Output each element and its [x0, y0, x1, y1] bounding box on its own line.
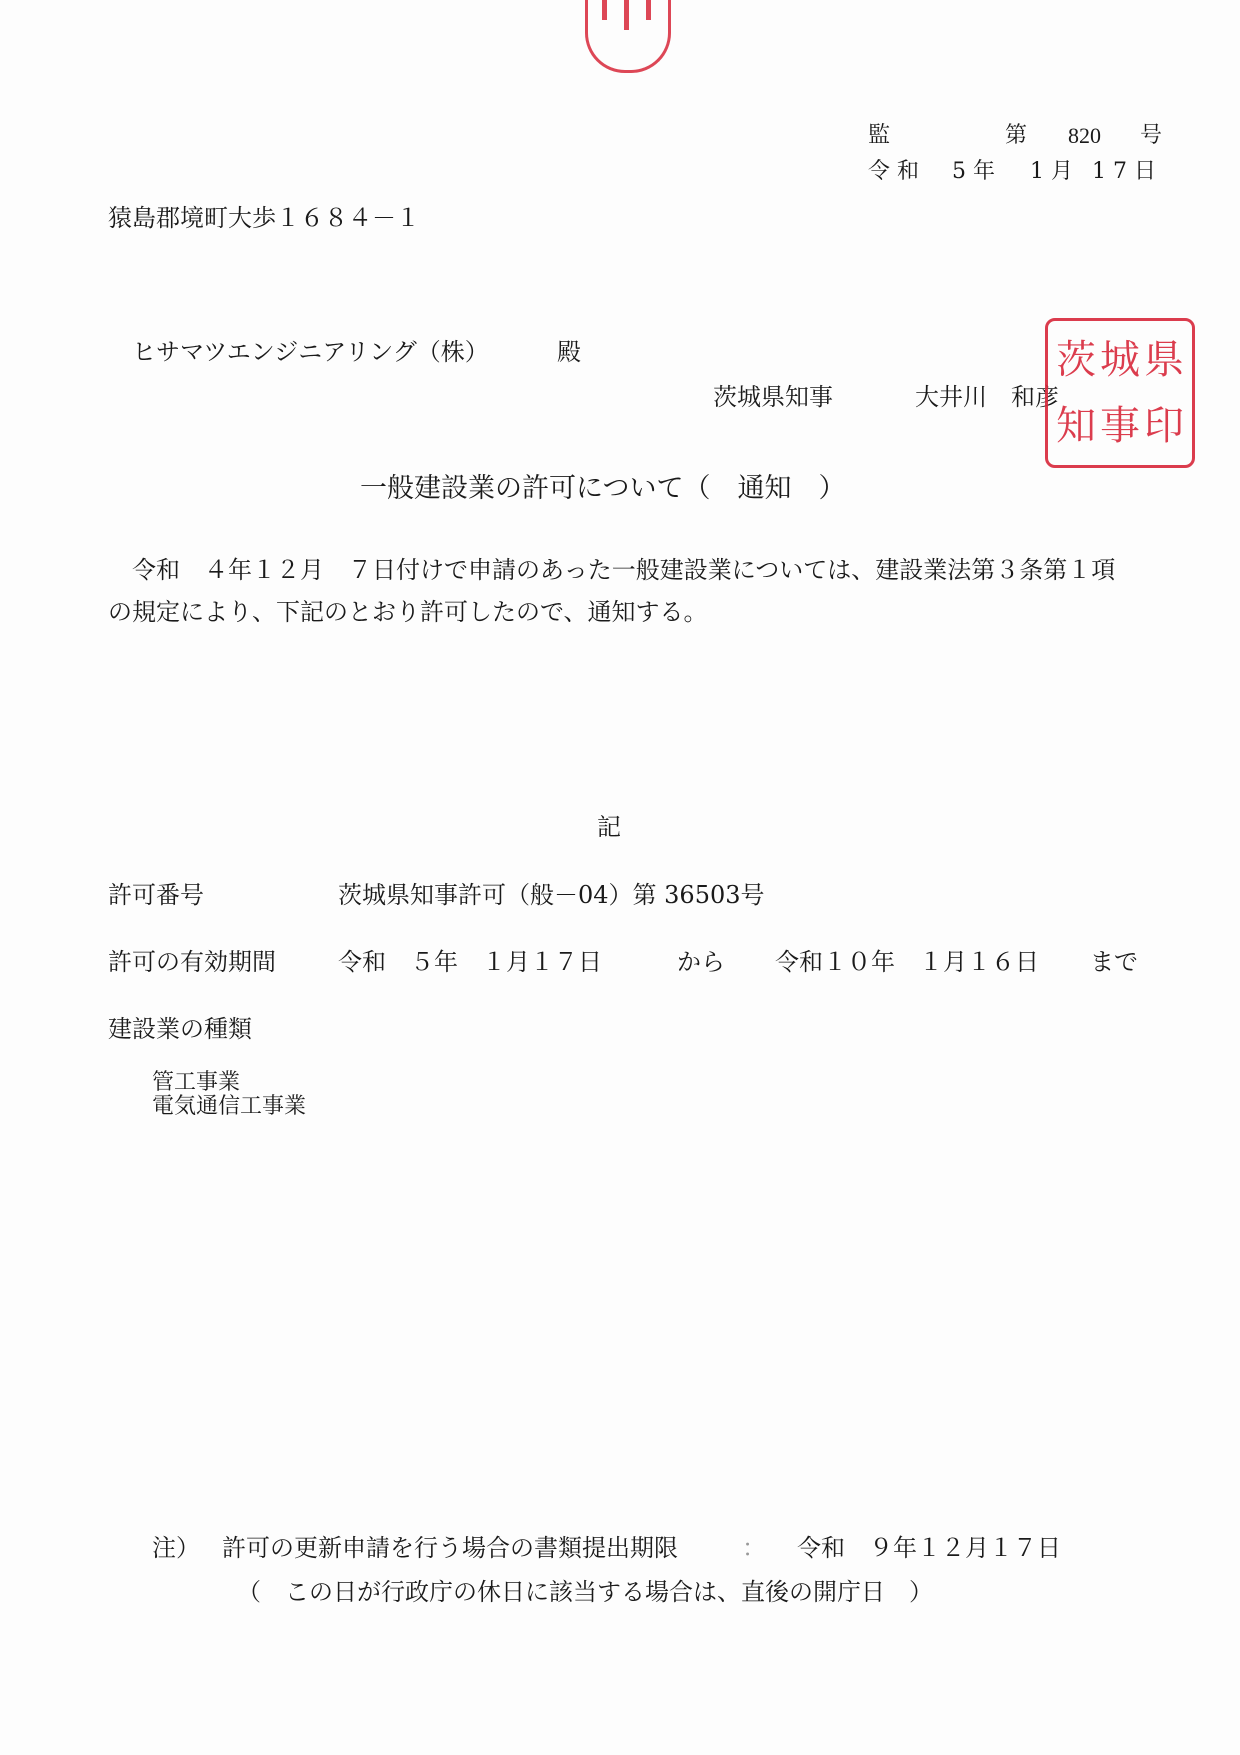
doc-number: 820 — [1068, 122, 1101, 150]
note-sub: （ この日が行政庁の休日に該当する場合は、直後の開庁日 ） — [237, 1577, 933, 1607]
doc-number-prefix: 監 — [868, 122, 890, 150]
validity-to-suffix: まで — [1090, 947, 1138, 977]
permit-number-value: 茨城県知事許可（般－04）第 36503号 — [338, 880, 765, 910]
sender-name: 大井川 和彦 — [915, 382, 1059, 412]
validity-to: 令和１０年 １月１６日 — [775, 947, 1039, 977]
note-text: 許可の更新申請を行う場合の書類提出期限 — [222, 1533, 678, 1563]
doc-number-go: 号 — [1140, 122, 1162, 150]
note-deadline: 令和 ９年１２月１７日 — [797, 1533, 1061, 1563]
body-line-1: 令和 ４年１２月 ７日付けで申請のあった一般建設業については、建設業法第３条第１… — [132, 555, 1115, 585]
ki-marker: 記 — [597, 812, 621, 842]
permit-number-label: 許可番号 — [108, 880, 204, 910]
issue-date-year: 5 年 — [952, 158, 995, 186]
governor-seal-stamp: 県 印 城 事 茨 知 — [1045, 318, 1195, 468]
business-types-label: 建設業の種類 — [108, 1014, 252, 1044]
note-marker: 注） — [152, 1533, 200, 1563]
seal-char: 印 — [1142, 393, 1186, 459]
seal-char: 茨 — [1054, 327, 1098, 393]
seal-char: 事 — [1098, 393, 1142, 459]
seal-char: 知 — [1054, 393, 1098, 459]
doc-number-dai: 第 — [1005, 122, 1027, 150]
seal-char: 城 — [1098, 327, 1142, 393]
permit-notice-page: 監 第 820 号 令 和 5 年 1 月 1 7 日 猿島郡境町大歩１６８４－… — [0, 0, 1240, 1755]
validity-from-suffix: から — [677, 947, 725, 977]
issue-date-month: 1 月 — [1030, 158, 1073, 186]
recipient-name: ヒサマツエンジニアリング（株） — [132, 337, 489, 367]
sender-title: 茨城県知事 — [713, 382, 833, 412]
validity-from: 令和 ５年 １月１７日 — [338, 947, 602, 977]
issue-date-day: 1 7 日 — [1092, 158, 1156, 186]
document-title: 一般建設業の許可について（ 通知 ） — [360, 472, 845, 506]
note-separator: ： — [742, 1533, 766, 1563]
body-line-2: の規定により、下記のとおり許可したので、通知する。 — [108, 597, 708, 627]
recipient-address: 猿島郡境町大歩１６８４－１ — [108, 203, 420, 233]
top-seal-stamp — [585, 0, 671, 73]
validity-period-label: 許可の有効期間 — [108, 947, 276, 977]
business-type-item: 電気通信工事業 — [152, 1095, 306, 1119]
seal-char: 県 — [1142, 327, 1186, 393]
business-type-item: 管工事業 — [152, 1071, 240, 1095]
recipient-honorific: 殿 — [557, 337, 581, 367]
issue-date-era: 令 和 — [868, 158, 919, 186]
